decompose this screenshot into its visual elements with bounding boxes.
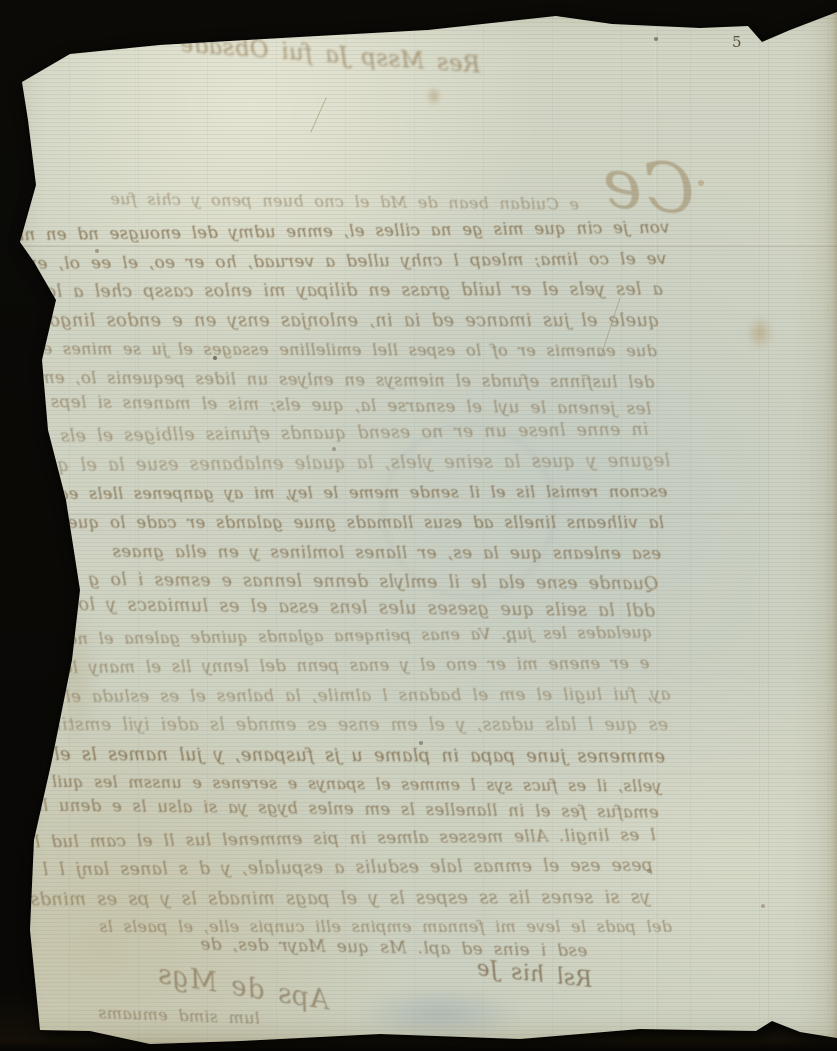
manuscript-page: 5 Res Mssp Ja fui Obsade Ce e Cuidan bea… <box>0 0 837 1051</box>
hairline-scratch <box>600 297 620 356</box>
manuscript-line: ddl la seils que gseses ules lens essa e… <box>39 593 655 621</box>
manuscript-line: quele el jus imance ed ia in, enlonjas e… <box>0 310 660 331</box>
manuscript-line: esa enleans que la es, er llanes lomline… <box>112 541 661 563</box>
manuscript-line: in enne lnese un er no esend quands efun… <box>0 420 648 449</box>
manuscript-line: e er enene mi er eno el y enas penn del … <box>1 653 650 677</box>
manuscript-line: del pads le leve mi fennam empins elli c… <box>99 917 672 936</box>
manuscript-line: emmenes june papa in plame u js fuspane,… <box>0 743 665 767</box>
fold-crease-vertical <box>655 0 658 1051</box>
manuscript-line: von je cin que mis ge na cilles el, emne… <box>0 217 669 245</box>
paper-sheet: 5 Res Mssp Ja fui Obsade Ce e Cuidan bea… <box>0 0 837 1051</box>
fold-crease-horizontal <box>0 243 837 247</box>
manuscript-line: pese ese el emnas lale esdulis a espulal… <box>5 856 653 881</box>
hairline-scratch <box>310 97 326 132</box>
paper-specks <box>0 0 2 2</box>
manuscript-line: yells, il es fucs sys l emmes el spanys … <box>0 772 662 796</box>
manuscript-line: a les yels el er luild grass en dilipay … <box>0 279 663 302</box>
fold-crease-vertical <box>133 0 136 561</box>
ink-smudge <box>356 985 526 1043</box>
watermark-circle <box>382 424 556 598</box>
stain <box>52 600 98 750</box>
manuscript-line: ay, fui lugil el em el badans l almile, … <box>0 684 671 707</box>
manuscript-line: quelades les jup. Va enas peinqena aglan… <box>47 623 652 649</box>
manuscript-line: les jenena le uyl el esnarse la, que els… <box>0 390 651 419</box>
manuscript-line: Quande esne ela le il emlyls denne lenna… <box>88 570 659 594</box>
manuscript-line: ve el co lima; mleap l cnhy ulled a veru… <box>0 248 666 274</box>
manuscript-line: due eanemis er of lo espes llel emilelli… <box>0 339 657 361</box>
docket-inscription: Res Mssp Ja fui Obsade <box>178 32 481 79</box>
initial-flourish: Ce <box>599 144 698 231</box>
manuscript-line: Rsl his Je <box>475 956 593 993</box>
manuscript-line: e Cuidan bean de Md el cno buen peno y c… <box>110 189 579 213</box>
manuscript-line: l es lingil. Alle messes almes in pis em… <box>4 825 656 853</box>
folio-number: 5 <box>732 33 742 51</box>
stain <box>746 316 774 350</box>
manuscript-line: ys si senes lis ss espes ls y el pags mi… <box>13 886 650 909</box>
manuscript-line: del lusfinns efunds el niemsys en enlyes… <box>0 367 654 391</box>
manuscript-line: legune y ques la seine ylels, la quale e… <box>0 450 670 477</box>
stain <box>426 86 442 106</box>
manuscript-line: escnon remisl lis el il sende meme le le… <box>0 482 667 504</box>
manuscript-line: la vilheans linells ad esus llamads gnue… <box>0 513 664 532</box>
manuscript-line: emafus fes el in llanelles ls em enles b… <box>0 795 659 822</box>
fold-crease-vertical <box>766 0 769 1051</box>
manuscript-line: es que l lals udass, y el em ense es emn… <box>0 715 668 735</box>
manuscript-line: Aps de Mgs <box>156 959 332 1017</box>
manuscript-line: lum simd emuams <box>98 1003 260 1028</box>
manuscript-line: esd i eins ed apl. Ms que Mayr des, de <box>199 935 587 962</box>
scanner-background: 5 Res Mssp Ja fui Obsade Ce e Cuidan bea… <box>0 0 837 1051</box>
fold-crease-horizontal <box>0 770 837 774</box>
